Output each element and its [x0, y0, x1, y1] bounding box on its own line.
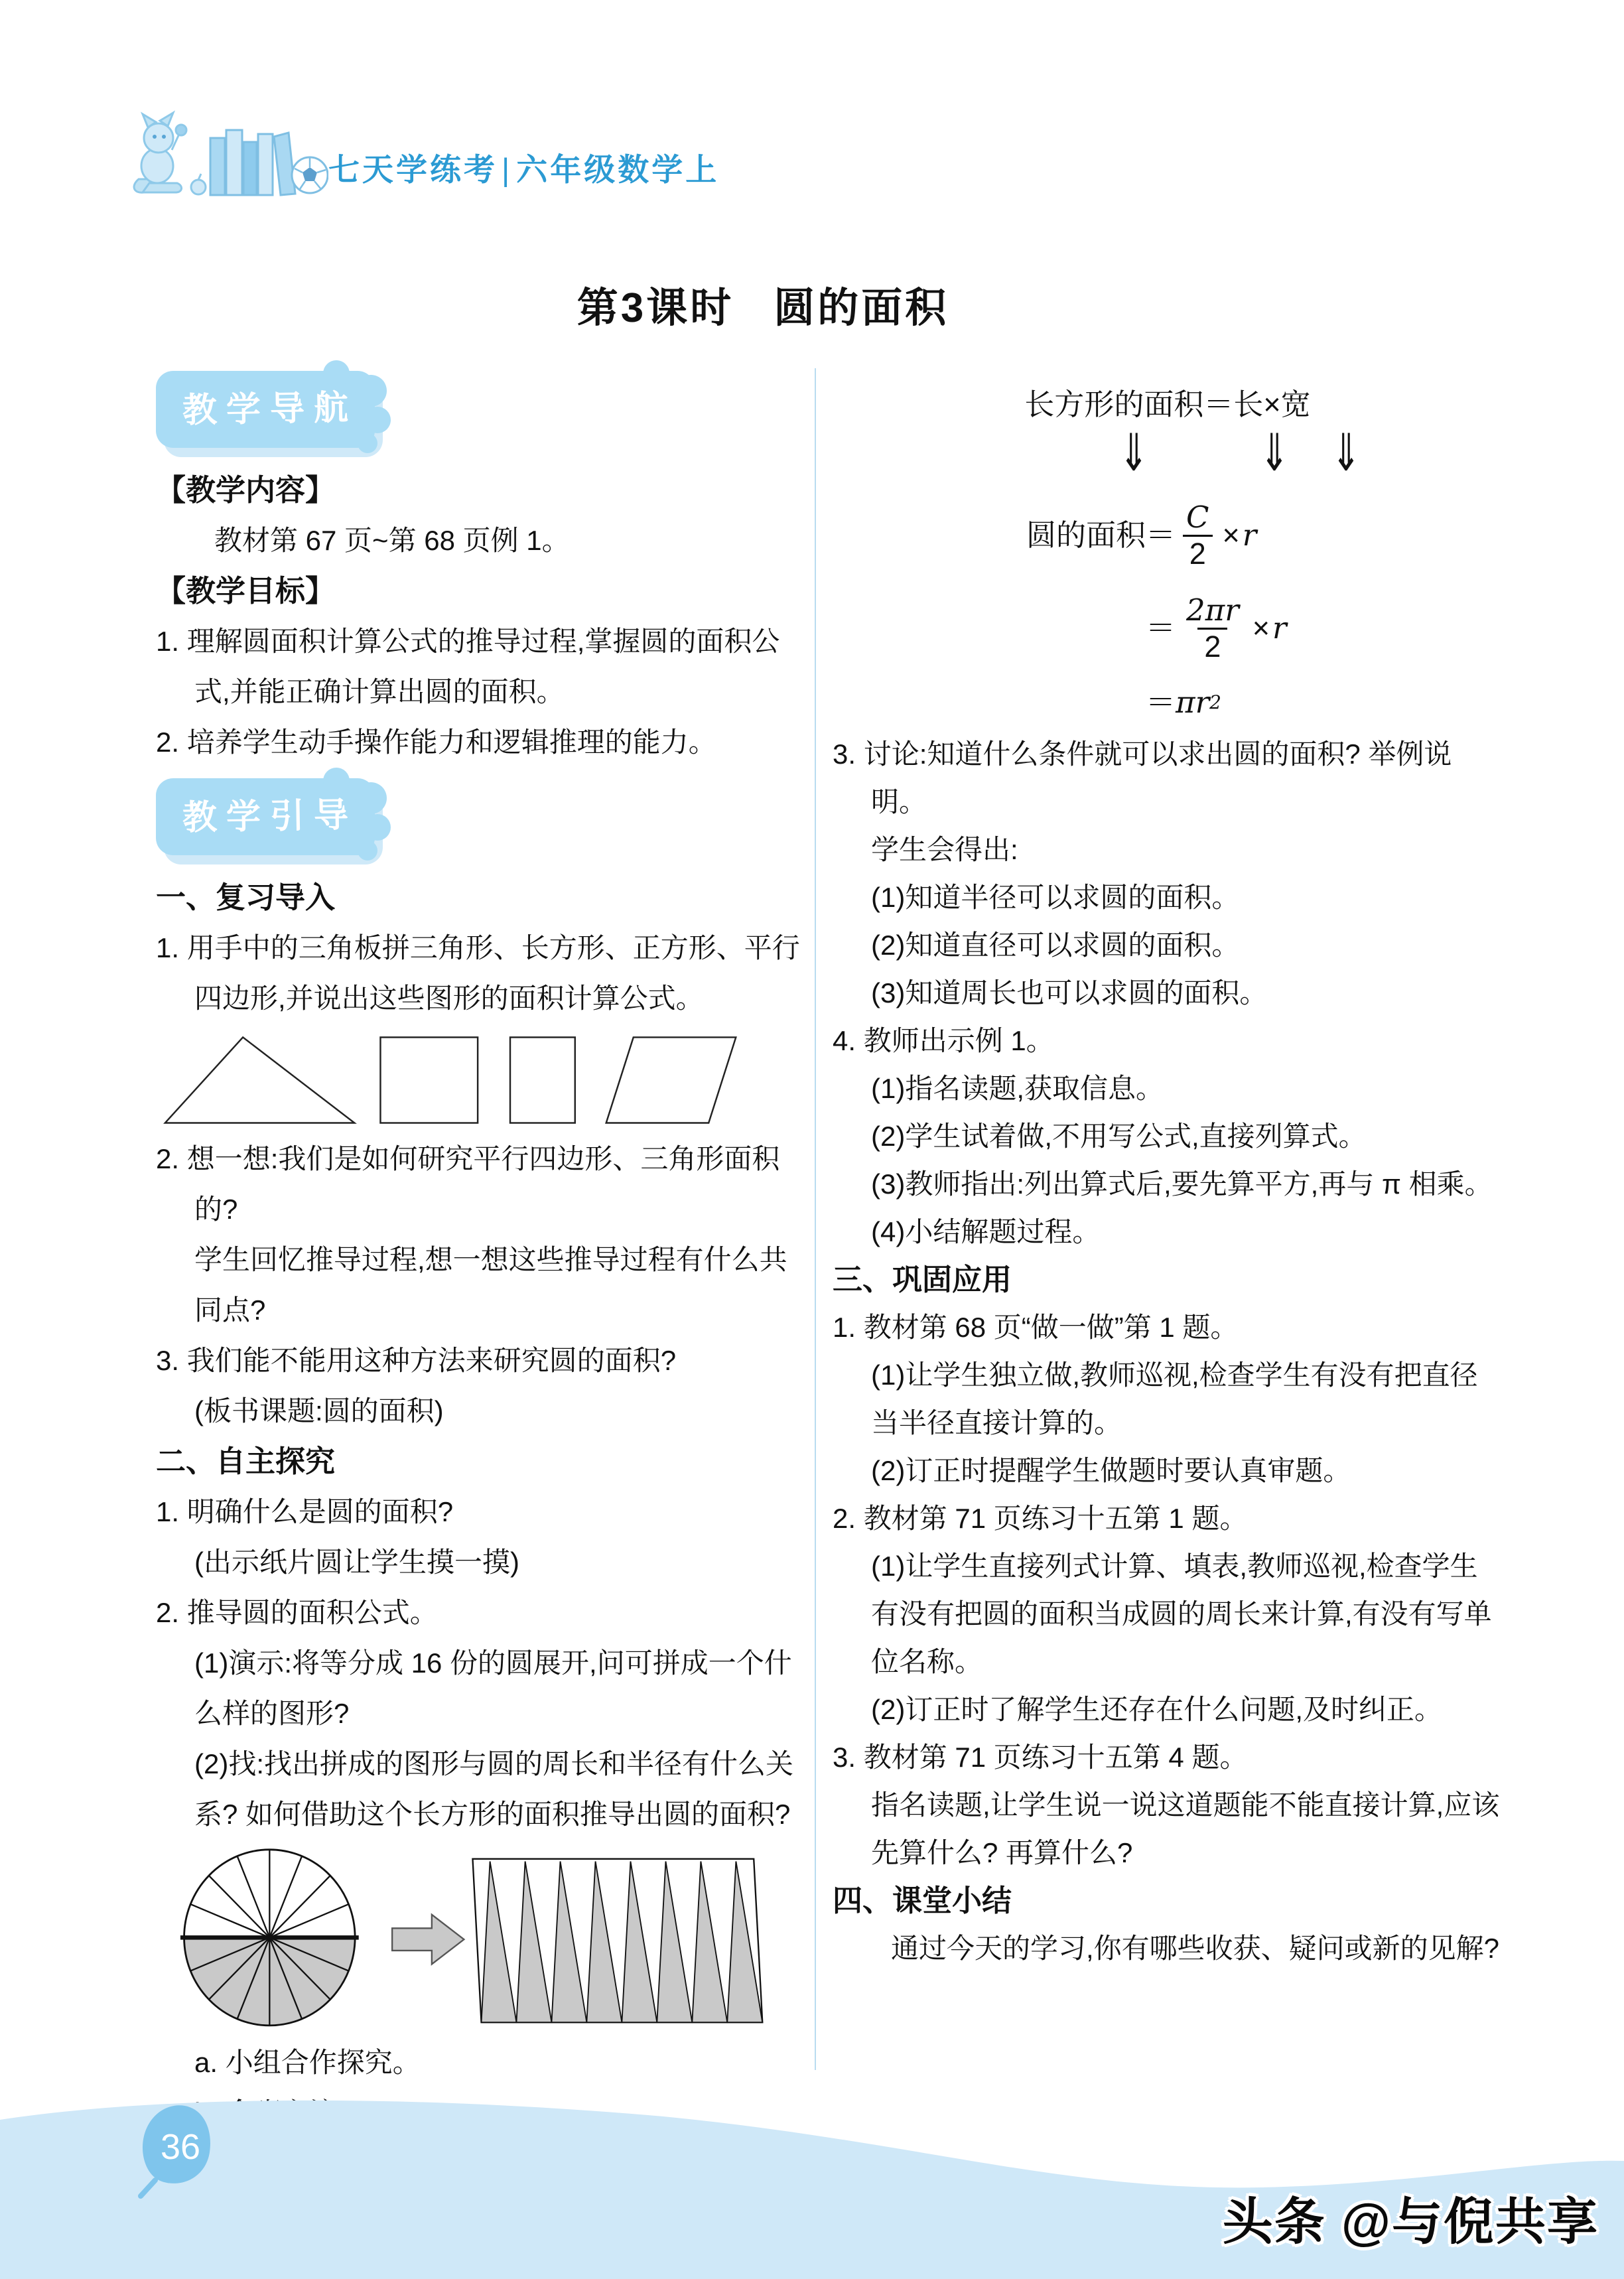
parallelogram-shape — [606, 1037, 736, 1123]
section-consolidation: 三、巩固应用 — [833, 1256, 1503, 1304]
cloud-bump-icon — [323, 768, 350, 794]
formula-rectangle-area: 长方形的面积＝长×宽 — [833, 381, 1503, 428]
brand-separator: | — [498, 152, 516, 187]
circle-to-rectangle-diagram — [156, 1848, 779, 2034]
list-item: 2. 推导圆的面积公式。 — [156, 1588, 809, 1638]
fraction: C 2 — [1180, 500, 1215, 571]
fraction-denominator: 2 — [1183, 535, 1213, 571]
list-item: 3. 教材第 71 页练习十五第 4 题。 — [833, 1734, 1503, 1781]
list-item: 1. 教材第 68 页“做一做”第 1 题。 — [833, 1304, 1503, 1351]
right-arrow-icon — [392, 1915, 464, 1965]
equals-sign: ＝ — [1146, 679, 1176, 726]
cloud-bump-icon — [358, 433, 377, 453]
cloud-bump-icon — [355, 375, 387, 407]
equals-sign: ＝ — [1146, 604, 1176, 652]
cloud-bump-icon — [364, 407, 391, 433]
page-title: 第3课时圆的面积 — [0, 275, 1526, 334]
sub-item: (2)订正时提醒学生做题时要认真审题。 — [871, 1447, 1503, 1495]
board-note: (板书课题:圆的面积) — [194, 1386, 809, 1436]
double-down-arrow-icon: ⇓ — [1331, 424, 1361, 484]
plane-shapes-figure — [160, 1030, 744, 1129]
fraction-denominator: 2 — [1197, 628, 1227, 664]
sub-item: (2)订正时了解学生还存在什么问题,及时纠正。 — [871, 1686, 1503, 1734]
times-sign: × — [1250, 604, 1272, 652]
square-shape — [380, 1037, 478, 1123]
brand-series: 七天学练考 — [328, 152, 498, 187]
sub-item: (2)找:找出拼成的图形与圆的周长和半径有什么关系? 如何借助这个长方形的面积推… — [194, 1739, 809, 1840]
page-number: 36 — [161, 2127, 200, 2167]
fraction-numerator: C — [1180, 500, 1215, 535]
formula-circle-area-result: ＝ πr 2 — [1146, 675, 1503, 730]
page-header: 七天学练考|六年级数学上 — [129, 93, 719, 199]
page-number-leaf: 36 — [133, 2102, 219, 2208]
list-item: 1. 用手中的三角板拼三角形、长方形、正方形、平行四边形,并说出这些图形的面积计… — [156, 923, 809, 1024]
triangle-shape — [165, 1037, 355, 1123]
badge-label: 教学引导 — [173, 798, 358, 836]
section-review-intro: 一、复习导入 — [156, 872, 809, 923]
goal-item: 1. 理解圆面积计算公式的推导过程,掌握圆的面积公式,并能正确计算出圆的面积。 — [156, 616, 809, 717]
fraction-numerator: 2πr — [1180, 593, 1246, 628]
double-down-arrow-icon: ⇓ — [1119, 424, 1148, 484]
cloud-bump-icon — [358, 841, 377, 861]
sector-strip-figure — [472, 1859, 762, 2022]
closing-paragraph: 通过今天的学习,你有哪些收获、疑问或新的见解? — [833, 1925, 1503, 1972]
badge-teaching-guide: 教学引导 — [156, 778, 375, 855]
cloud-bump-icon — [355, 782, 387, 814]
list-item-continuation: 学生回忆推导过程,想一想这些推导过程有什么共同点? — [194, 1235, 809, 1336]
fraction: 2πr 2 — [1180, 593, 1246, 664]
list-item: 1. 明确什么是圆的面积? — [156, 1487, 809, 1537]
list-item: 4. 教师出示例 1。 — [833, 1017, 1503, 1065]
sub-item: (1)让学生直接列式计算、填表,教师巡视,检查学生有没有把圆的面积当成圆的周长来… — [871, 1543, 1503, 1686]
sub-item: (3)教师指出:列出算式后,要先算平方,再与 π 相乘。 — [871, 1160, 1503, 1208]
sub-item: (1)演示:将等分成 16 份的圆展开,问可拼成一个什么样的图形? — [194, 1638, 809, 1739]
sub-item: (1)指名读题,获取信息。 — [871, 1065, 1503, 1113]
list-item: 2. 想一想:我们是如何研究平行四边形、三角形面积的? — [156, 1134, 809, 1235]
formula-circle-area-step1: 圆的面积＝ C 2 × r — [1026, 489, 1503, 582]
radius-variable: r — [1272, 604, 1287, 652]
sub-item: (1)让学生独立做,教师巡视,检查学生有没有把直径当半径直接计算的。 — [871, 1351, 1503, 1447]
circle-sectors-figure — [180, 1850, 359, 2026]
cloud-bump-icon — [323, 360, 350, 387]
double-down-arrow-icon: ⇓ — [1260, 424, 1289, 484]
lesson-number: 第3课时 — [577, 285, 734, 331]
sub-item: (4)小结解题过程。 — [871, 1208, 1503, 1256]
rectangle-shape — [510, 1037, 575, 1123]
pi-r-term: πr — [1176, 679, 1209, 726]
sub-item: (1)知道半径可以求圆的面积。 — [871, 874, 1503, 922]
goal-item: 2. 培养学生动手操作能力和逻辑推理的能力。 — [156, 717, 809, 768]
heading-teaching-content: 【教学内容】 — [156, 465, 809, 516]
list-item: 3. 我们能不能用这种方法来研究圆的面积? — [156, 1336, 809, 1386]
list-item-note: (出示纸片圆让学生摸一摸) — [194, 1537, 809, 1588]
radius-variable: r — [1243, 512, 1257, 559]
brand-subject: 六年级数学上 — [516, 152, 719, 187]
right-column: 长方形的面积＝长×宽 ⇓ ⇓ ⇓ 圆的面积＝ C 2 × r ＝ 2πr 2 ×… — [833, 381, 1503, 1972]
sub-item: (3)知道周长也可以求圆的面积。 — [871, 969, 1503, 1017]
left-column: 教学导航 【教学内容】 教材第 67 页~第 68 页例 1。 【教学目标】 1… — [156, 368, 809, 2239]
list-item: 2. 教材第 71 页练习十五第 1 题。 — [833, 1495, 1503, 1543]
sub-item: (2)学生试着做,不用写公式,直接列算式。 — [871, 1113, 1503, 1160]
column-divider — [815, 368, 816, 2070]
cloud-bump-icon — [364, 814, 391, 841]
heading-teaching-goals: 【教学目标】 — [156, 566, 809, 616]
times-sign: × — [1219, 512, 1242, 559]
brand-title: 七天学练考|六年级数学上 — [328, 145, 719, 199]
sub-item: 学生会得出: — [871, 826, 1503, 874]
badge-teaching-navigation: 教学导航 — [156, 371, 375, 448]
paragraph-textbook-pages: 教材第 67 页~第 68 页例 1。 — [156, 516, 809, 566]
list-item: 3. 讨论:知道什么条件就可以求出圆的面积? 举例说明。 — [833, 730, 1503, 826]
book-page: 七天学练考|六年级数学上 第3课时圆的面积 教学导航 【教学内容】 教材第 67… — [0, 0, 1624, 2279]
watermark-text: 头条 @与倪共享 — [1223, 2181, 1599, 2254]
sub-item: 指名读题,让学生说一说这道题能不能直接计算,应该先算什么? 再算什么? — [871, 1781, 1503, 1877]
formula-circle-area-step2: ＝ 2πr 2 × r — [1146, 582, 1503, 675]
mascot-books-soccer-icon — [129, 94, 328, 199]
section-lesson-summary: 四、课堂小结 — [833, 1877, 1503, 1925]
badge-label: 教学导航 — [173, 391, 358, 429]
formula-lead: 圆的面积＝ — [1026, 512, 1176, 559]
formula-arrows-row: ⇓ ⇓ ⇓ — [833, 428, 1503, 489]
section-self-exploration: 二、自主探究 — [156, 1436, 809, 1487]
lesson-name: 圆的面积 — [774, 285, 949, 331]
sub-item: (2)知道直径可以求圆的面积。 — [871, 922, 1503, 969]
